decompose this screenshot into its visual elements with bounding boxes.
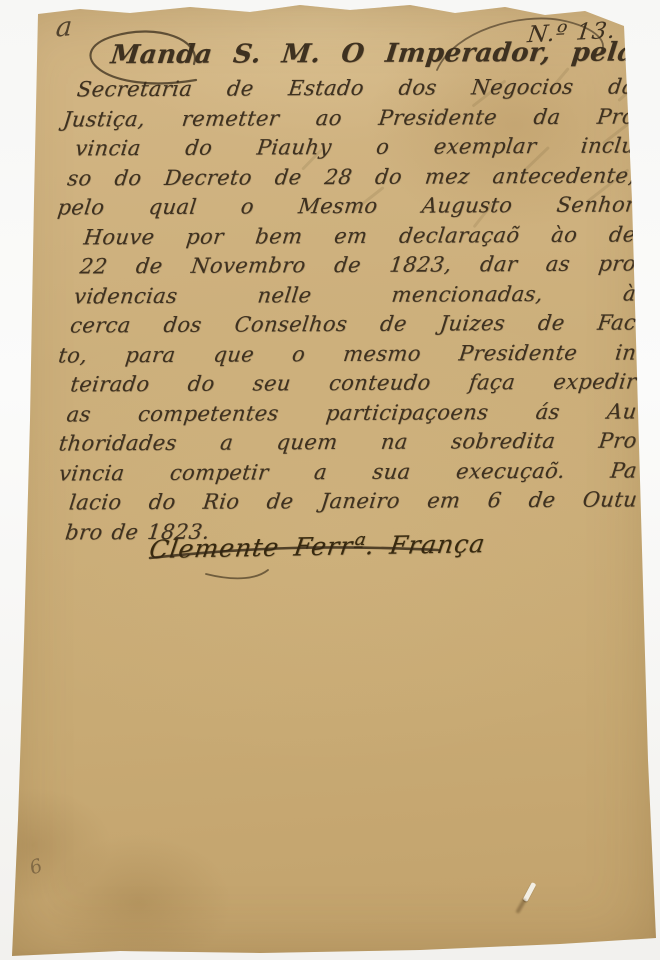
manuscript-line: lacio do Rio de Janeiro em 6 de Outu <box>57 485 638 518</box>
manuscript-line: 22 de Novembro de 1823, dar as pro <box>56 249 637 282</box>
manuscript-line: thoridades a quem na sobredita Pro <box>57 426 638 459</box>
manuscript-line: cerca dos Conselhos de Juizes de Fac <box>56 308 637 341</box>
manuscript-line: Justiça, remetter ao Presidente da Pro <box>55 102 636 135</box>
manuscript-line: pelo qual o Mesmo Augusto Senhor <box>56 190 637 223</box>
manuscript-line: vincia do Piauhy o exemplar inclu <box>56 131 637 164</box>
manuscript-line: vincia competir a sua execuçaõ. Pa <box>57 456 638 489</box>
pencil-mark: 6 <box>27 855 45 880</box>
manuscript-line: videncias nelle mencionadas, à <box>56 279 637 312</box>
manuscript-line: to, para que o mesmo Presidente in <box>57 338 638 371</box>
manuscript-line: teirado do seu conteudo faça expedir <box>57 367 638 400</box>
manuscript-line: Manda S. M. O Imperador, pela <box>54 32 637 75</box>
manuscript-line: as competentes participaçoens ás Au <box>57 397 638 430</box>
manuscript-line: so do Decreto de 28 do mez antecedente, <box>56 161 637 194</box>
manuscript-line: Houve por bem em declaraçaõ ào de <box>56 220 637 253</box>
manuscript-body: Manda S. M. O Imperador, pelaSecretaria … <box>57 32 638 547</box>
signature: Clemente Ferrª. França <box>148 529 493 564</box>
manuscript-page: a N.º 13. Manda S. M. O Imperador, pelaS… <box>0 0 660 960</box>
manuscript-line: Secretaria de Estado dos Negocios da <box>55 72 636 105</box>
pin-sliver-shadow <box>515 898 526 914</box>
